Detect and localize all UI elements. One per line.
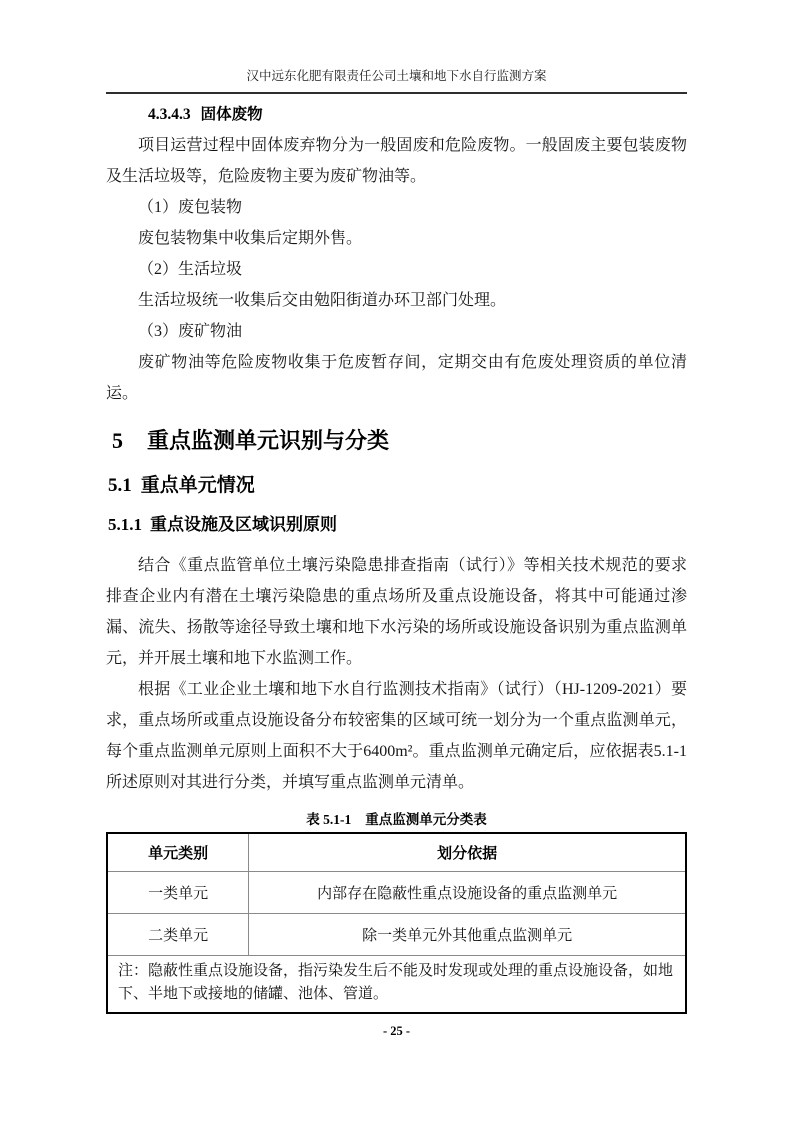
list-item-2-text: 生活垃圾统一收集后交由勉阳街道办环卫部门处理。 <box>106 285 687 316</box>
table-caption: 表 5.1-1重点监测单元分类表 <box>106 810 687 830</box>
cell-category-2: 二类单元 <box>107 914 249 956</box>
table-caption-number: 表 5.1-1 <box>306 812 351 827</box>
subsection-heading-5-1-1: 5.1.1重点设施及区域识别原则 <box>108 512 687 537</box>
section-title: 重点单元情况 <box>141 475 255 496</box>
table-row: 二类单元 除一类单元外其他重点监测单元 <box>107 914 686 956</box>
list-item-1-label: （1）废包装物 <box>106 192 687 223</box>
table-caption-title: 重点监测单元分类表 <box>365 812 487 827</box>
heading-title: 固体废物 <box>201 106 263 123</box>
paragraph-unit-division: 根据《工业企业土壤和地下水自行监测技术指南》（试行）（HJ-1209-2021）… <box>106 674 687 798</box>
cell-basis-2: 除一类单元外其他重点监测单元 <box>249 914 686 956</box>
chapter-heading-5: 5重点监测单元识别与分类 <box>112 425 687 457</box>
list-item-1-text: 废包装物集中收集后定期外售。 <box>106 223 687 254</box>
chapter-number: 5 <box>112 428 123 453</box>
table-note: 注：隐蔽性重点设施设备，指污染发生后不能及时发现或处理的重点设施设备，如地下、半… <box>107 956 686 1014</box>
chapter-title: 重点监测单元识别与分类 <box>147 428 389 453</box>
table-header-row: 单元类别 划分依据 <box>107 833 686 872</box>
section-heading-5-1: 5.1重点单元情况 <box>108 472 687 499</box>
list-item-3-label: （3）废矿物油 <box>106 316 687 347</box>
cell-basis-1: 内部存在隐蔽性重点设施设备的重点监测单元 <box>249 872 686 914</box>
page-number: - 25 - <box>106 1024 687 1039</box>
paragraph-solid-waste: 项目运营过程中固体废弃物分为一般固废和危险废物。一般固废主要包装废物及生活垃圾等… <box>106 130 687 192</box>
subsection-title: 重点设施及区域识别原则 <box>150 515 337 534</box>
classification-table: 单元类别 划分依据 一类单元 内部存在隐蔽性重点设施设备的重点监测单元 二类单元… <box>106 832 687 1014</box>
section-number: 5.1 <box>108 475 132 496</box>
table-row: 一类单元 内部存在隐蔽性重点设施设备的重点监测单元 <box>107 872 686 914</box>
list-item-2-label: （2）生活垃圾 <box>106 254 687 285</box>
document-page: 汉中远东化肥有限责任公司土壤和地下水自行监测方案 4.3.4.3固体废物 项目运… <box>0 0 793 1122</box>
heading-number: 4.3.4.3 <box>148 106 191 123</box>
subsection-number: 5.1.1 <box>108 515 142 534</box>
heading-4-3-4-3: 4.3.4.3固体废物 <box>148 100 687 130</box>
column-header-unit-category: 单元类别 <box>107 833 249 872</box>
paragraph-identification-principle: 结合《重点监管单位土壤污染隐患排查指南（试行）》等相关技术规范的要求排查企业内有… <box>106 550 687 674</box>
table-note-row: 注：隐蔽性重点设施设备，指污染发生后不能及时发现或处理的重点设施设备，如地下、半… <box>107 956 686 1014</box>
running-header-text: 汉中远东化肥有限责任公司土壤和地下水自行监测方案 <box>246 69 546 83</box>
list-item-3-text: 废矿物油等危险废物收集于危废暂存间，定期交由有危废处理资质的单位清运。 <box>106 347 687 409</box>
column-header-division-basis: 划分依据 <box>249 833 686 872</box>
running-header: 汉中远东化肥有限责任公司土壤和地下水自行监测方案 <box>106 68 687 94</box>
cell-category-1: 一类单元 <box>107 872 249 914</box>
